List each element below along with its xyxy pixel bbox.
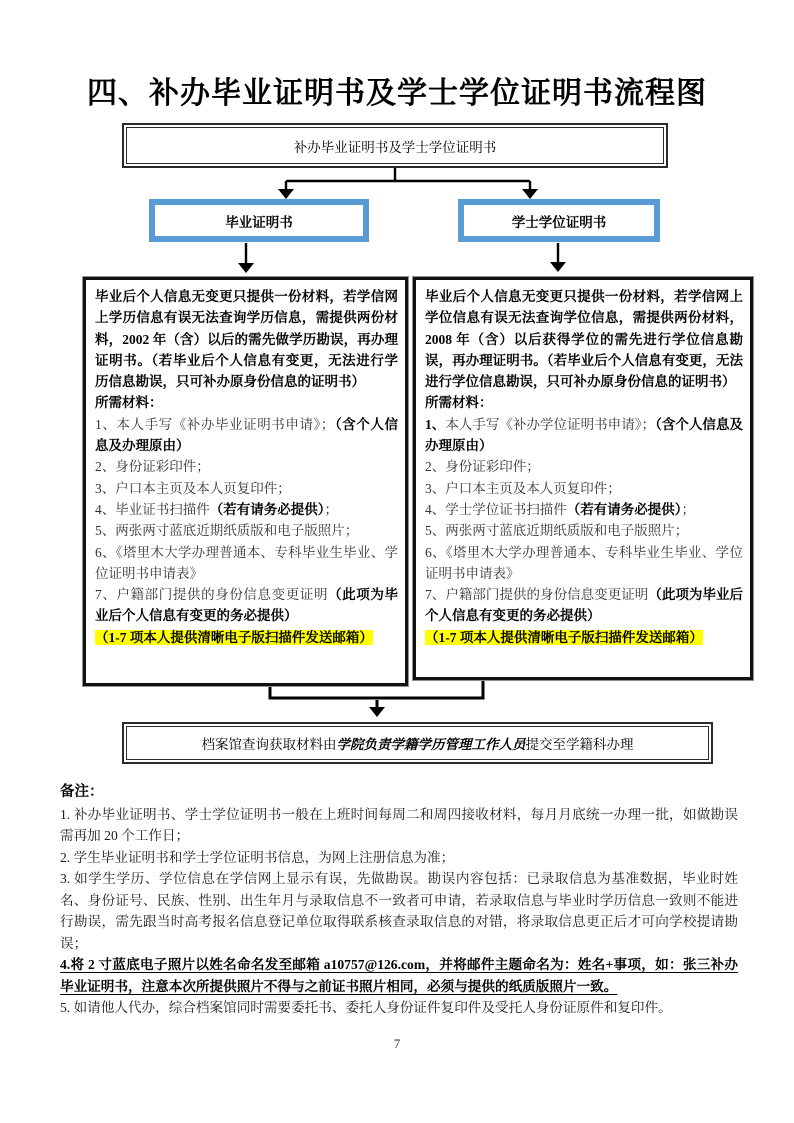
arrow-down-icon [550, 262, 566, 272]
arrow-down-icon [522, 189, 538, 199]
text-segment: 本人手写《补办学位证明书申请》； [445, 417, 655, 432]
text-segment: 5、两张两寸蓝底近期纸质版和电子版照片； [425, 523, 688, 538]
submit-box: 档案馆查询获取材料由学院负责学籍学历管理工作人员提交至学籍科办理 [122, 722, 713, 764]
text-line: 2. 学生毕业证明书和学士学位证明书信息，为网上注册信息为准； [60, 847, 738, 869]
text-line: 1. 补办毕业证明书、学士学位证明书一般在上班时间每周二和周四接收材料，每月月底… [60, 804, 738, 847]
text-segment: 所需材料： [425, 395, 493, 410]
text-line: 4、毕业证书扫描件（若有请务必提供）； [95, 499, 398, 520]
branch-box-diploma: 毕业证明书 [149, 199, 369, 242]
text-segment: 5. 如请他人代办，综合档案馆同时需要委托书、委托人身份证件复印件及受托人身份证… [60, 1000, 672, 1015]
notes-body: 1. 补办毕业证明书、学士学位证明书一般在上班时间每周二和周四接收材料，每月月底… [60, 804, 738, 1019]
text-line: 5. 如请他人代办，综合档案馆同时需要委托书、委托人身份证件复印件及受托人身份证… [60, 997, 738, 1019]
submit-box-label: 档案馆查询获取材料由学院负责学籍学历管理工作人员提交至学籍科办理 [126, 726, 709, 760]
text-segment: 所需材料： [95, 395, 163, 410]
text-segment: （若有请务必提供） [210, 502, 325, 517]
text-line: 3. 如学生学历、学位信息在学信网上显示有误，先做勘误。勘误内容包括：已录取信息… [60, 868, 738, 954]
text-segment: 2、身份证彩印件； [95, 459, 210, 474]
text-line: 2、身份证彩印件； [95, 456, 398, 477]
text-line: 毕业后个人信息无变更只提供一份材料，若学信网上学历信息有误无法查询学历信息，需提… [95, 286, 398, 392]
text-segment: 1. 补办毕业证明书、学士学位证明书一般在上班时间每周二和周四接收材料，每月月底… [60, 807, 738, 844]
text-segment: 6、《塔里木大学办理普通本、专科毕业生毕业、学位证明书申请表》 [95, 545, 398, 581]
text-line: 3、户口本主页及本人页复印件； [425, 478, 743, 499]
root-box: 补办毕业证明书及学士学位证明书 [122, 123, 668, 168]
text-line: 所需材料： [425, 392, 743, 413]
text-segment: 1、本人手写《补办毕业证明书申请》； [95, 417, 334, 432]
text-line: （1-7 项本人提供清晰电子版扫描件发送邮箱） [95, 627, 398, 648]
text-line: 6、《塔里木大学办理普通本、专科毕业生毕业、学位证明书申请表》 [425, 542, 743, 585]
text-line: 档案馆查询获取材料由学院负责学籍学历管理工作人员提交至学籍科办理 [202, 733, 634, 753]
text-segment: 4、毕业证书扫描件 [95, 502, 210, 517]
text-segment: ； [325, 502, 339, 517]
text-segment: 学院负责学籍学历管理工作人员 [337, 737, 526, 752]
text-line: 1、本人手写《补办学位证明书申请》；（含个人信息及办理原由） [425, 414, 743, 457]
text-segment: （若有请务必提供） [567, 502, 682, 517]
text-line: 7、户籍部门提供的身份信息变更证明（此项为毕业后个人信息有变更的务必提供） [95, 584, 398, 627]
text-segment: 毕业后个人信息无变更只提供一份材料，若学信网上学位信息有误无法查询学位信息，需提… [425, 289, 743, 389]
text-segment: 2、身份证彩印件； [425, 459, 540, 474]
text-segment: 4、学士学位证书扫描件 [425, 502, 567, 517]
text-line: 5、两张两寸蓝底近期纸质版和电子版照片； [95, 520, 398, 541]
text-segment: 4.将 2 寸蓝底电子照片以姓名命名发至邮箱 a10757@126.com，并将… [60, 957, 738, 994]
page-number: 7 [0, 1036, 794, 1052]
text-segment: （1-7 项本人提供清晰电子版扫描件发送邮箱） [425, 630, 703, 645]
text-segment: ； [682, 502, 696, 517]
text-line: 5、两张两寸蓝底近期纸质版和电子版照片； [425, 520, 743, 541]
arrow-down-icon [369, 707, 385, 717]
text-segment: 毕业后个人信息无变更只提供一份材料，若学信网上学历信息有误无法查询学历信息，需提… [95, 289, 398, 389]
branch-box-degree: 学士学位证明书 [458, 199, 660, 242]
text-segment: 6、《塔里木大学办理普通本、专科毕业生毕业、学位证明书申请表》 [425, 545, 743, 581]
text-line: 所需材料： [95, 392, 398, 413]
text-line: 3、户口本主页及本人页复印件； [95, 478, 398, 499]
text-line: 4.将 2 寸蓝底电子照片以姓名命名发至邮箱 a10757@126.com，并将… [60, 954, 738, 997]
text-line: 毕业后个人信息无变更只提供一份材料，若学信网上学位信息有误无法查询学位信息，需提… [425, 286, 743, 392]
text-line: （1-7 项本人提供清晰电子版扫描件发送邮箱） [425, 627, 743, 648]
text-segment: 3. 如学生学历、学位信息在学信网上显示有误，先做勘误。勘误内容包括：已录取信息… [60, 871, 738, 951]
text-segment: 档案馆查询获取材料由 [202, 737, 337, 752]
diploma-requirements-box: 毕业后个人信息无变更只提供一份材料，若学信网上学历信息有误无法查询学历信息，需提… [83, 277, 408, 686]
document-page: 四、补办毕业证明书及学士学位证明书流程图 补办毕业证明书及学士学位证明书 [0, 0, 794, 1123]
text-segment: （1-7 项本人提供清晰电子版扫描件发送邮箱） [95, 630, 373, 645]
text-segment: 3、户口本主页及本人页复印件； [425, 481, 621, 496]
text-segment: 1、 [425, 417, 445, 432]
text-line: 6、《塔里木大学办理普通本、专科毕业生毕业、学位证明书申请表》 [95, 542, 398, 585]
arrow-down-icon [278, 189, 294, 199]
root-box-label: 补办毕业证明书及学士学位证明书 [126, 127, 664, 164]
text-segment: 提交至学籍科办理 [526, 737, 634, 752]
notes-heading: 备注： [60, 782, 738, 804]
text-segment: 7、户籍部门提供的身份信息变更证明 [95, 587, 328, 602]
arrow-down-icon [238, 263, 254, 273]
text-line: 1、本人手写《补办毕业证明书申请》；（含个人信息及办理原由） [95, 414, 398, 457]
text-segment: 2. 学生毕业证明书和学士学位证明书信息，为网上注册信息为准； [60, 850, 454, 865]
notes-section: 备注： 1. 补办毕业证明书、学士学位证明书一般在上班时间每周二和周四接收材料，… [60, 782, 738, 1019]
text-line: 7、户籍部门提供的身份信息变更证明（此项为毕业后个人信息有变更的务必提供） [425, 584, 743, 627]
page-title: 四、补办毕业证明书及学士学位证明书流程图 [0, 68, 794, 112]
text-line: 4、学士学位证书扫描件（若有请务必提供）； [425, 499, 743, 520]
text-segment: 7、户籍部门提供的身份信息变更证明 [425, 587, 648, 602]
text-line: 2、身份证彩印件； [425, 456, 743, 477]
text-segment: 5、两张两寸蓝底近期纸质版和电子版照片； [95, 523, 358, 538]
text-segment: 3、户口本主页及本人页复印件； [95, 481, 291, 496]
degree-requirements-box: 毕业后个人信息无变更只提供一份材料，若学信网上学位信息有误无法查询学位信息，需提… [413, 277, 753, 680]
